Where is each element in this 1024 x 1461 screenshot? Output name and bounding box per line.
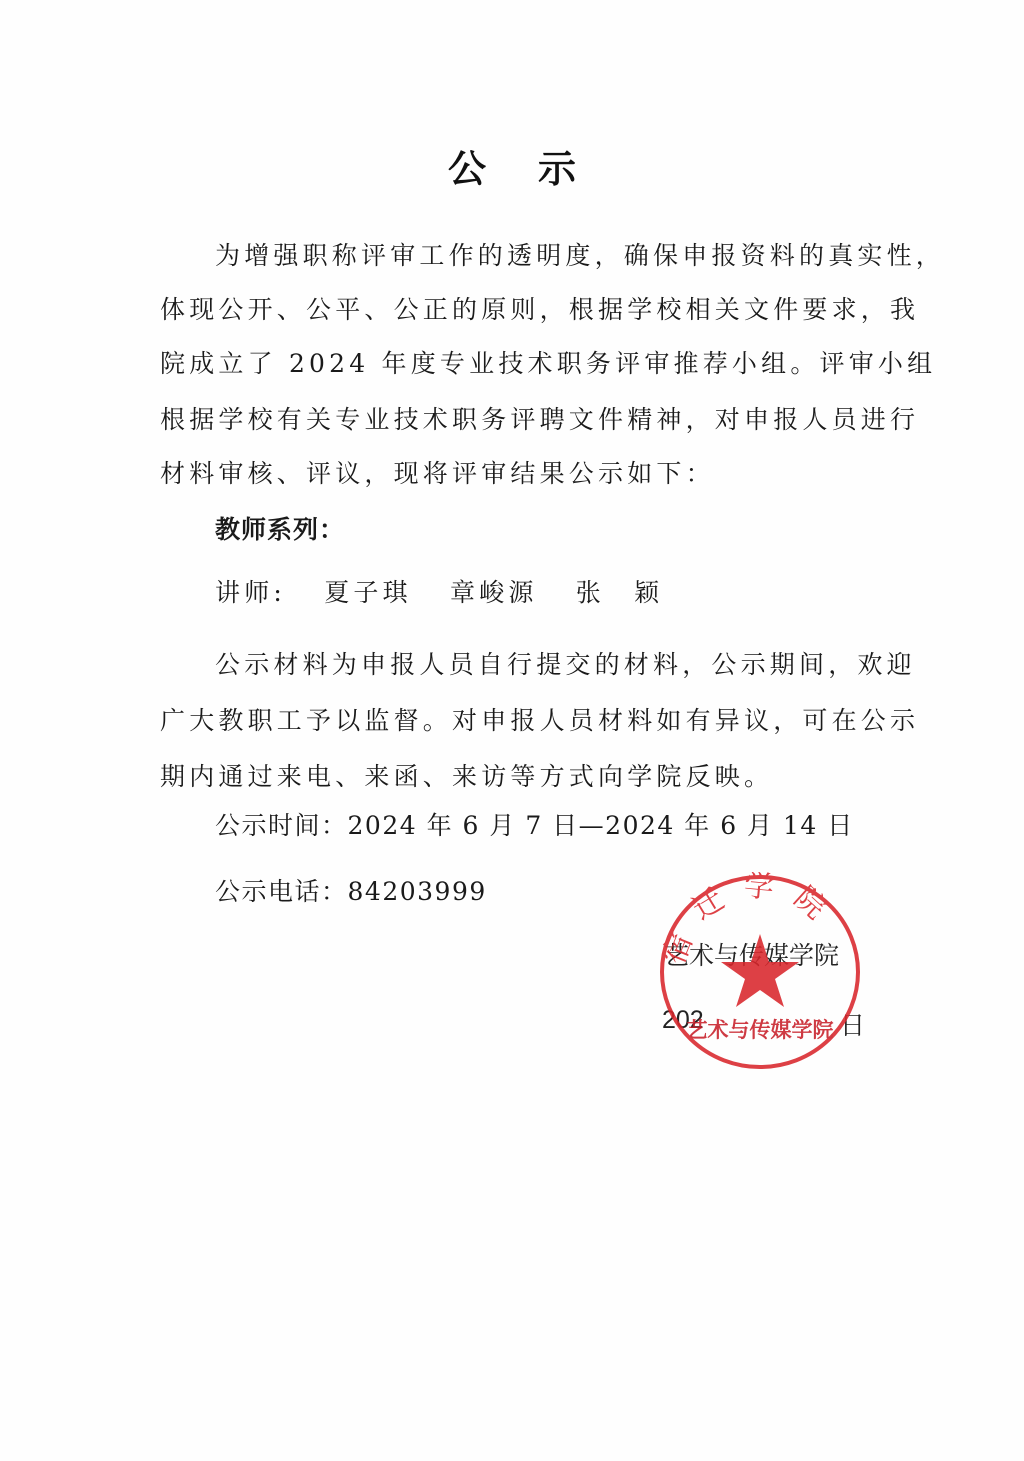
paragraph2-line-3: 期内通过来电、来函、来访等方式向学院反映。 (160, 757, 773, 793)
paragraph2-line-1: 公示材料为申报人员自行提交的材料，公示期间，欢迎 (215, 645, 916, 681)
svg-text:宿迁学院: 宿迁学院 (656, 872, 846, 969)
lecturer-label: 讲师: (215, 578, 286, 607)
lecturer-name: 夏子琪 (324, 578, 412, 607)
lecturer-name: 章峻源 (450, 578, 538, 607)
stamp-top-text: 宿迁学院 (656, 872, 846, 969)
paragraph1-line-2: 体现公开、公平、公正的原则，根据学校相关文件要求，我 (160, 290, 919, 326)
phone-line: 公示电话：84203999 (215, 872, 487, 908)
document-page: 公示 为增强职称评审工作的透明度，确保申报资料的真实性， 体现公开、公平、公正的… (0, 0, 1024, 1461)
lecturer-list: 讲师: 夏子琪 章峻源 张 颖 (215, 573, 689, 609)
paragraph1-line-3: 院成立了 2024 年度专业技术职务评审推荐小组。评审小组 (160, 344, 936, 380)
period-label: 公示时间： (215, 811, 348, 840)
paragraph1-line-4: 根据学校有关专业技术职务评聘文件精神，对申报人员进行 (160, 400, 919, 436)
phone-value: 84203999 (348, 877, 487, 906)
paragraph1-line-1: 为增强职称评审工作的透明度，确保申报资料的真实性， (215, 236, 945, 272)
official-seal-icon: 宿迁学院 艺术与传媒学院 (655, 872, 865, 1072)
phone-label: 公示电话： (215, 877, 348, 906)
page-title: 公示 (0, 138, 1024, 193)
paragraph2-line-2: 广大教职工予以监督。对申报人员材料如有异议，可在公示 (160, 701, 919, 737)
lecturer-name: 张 颖 (576, 578, 664, 607)
series-heading: 教师系列： (215, 510, 345, 546)
period-value: 2024 年 6 月 7 日—2024 年 6 月 14 日 (348, 811, 854, 840)
stamp-bottom-text: 艺术与传媒学院 (687, 1018, 834, 1042)
paragraph1-line-5: 材料审核、评议，现将评审结果公示如下： (160, 454, 715, 490)
period-line: 公示时间：2024 年 6 月 7 日—2024 年 6 月 14 日 (215, 806, 854, 842)
